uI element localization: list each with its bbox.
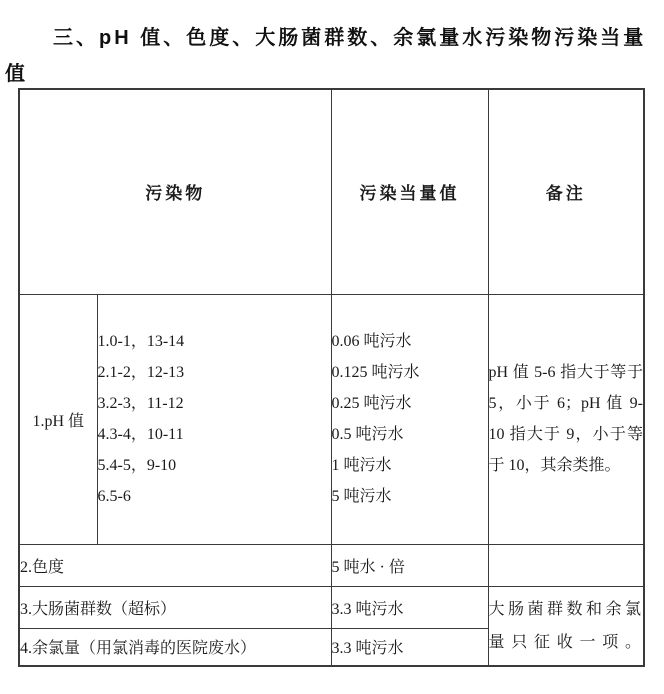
ph-remark-cell: pH 值 5-6 指大于等于 5，小于 6；pH 值 9-10 指大于 9，小于…: [488, 294, 644, 544]
ph-label-cell: 1.pH 值: [19, 294, 97, 544]
table-header-row: 污染物 污染当量值 备注: [19, 89, 644, 294]
table-row-coliform: 3.大肠菌群数（超标） 3.3 吨污水 大肠菌群数和余氯量只征收一项。: [19, 586, 644, 628]
coliform-label-cell: 3.大肠菌群数（超标）: [19, 586, 331, 628]
pollutant-equivalent-table: 污染物 污染当量值 备注 1.pH 值 1.0-1，13-14 2.1-2，12…: [18, 88, 645, 667]
ph-range-line: 2.1-2，12-13: [98, 357, 331, 388]
ph-value-line: 5 吨污水: [332, 481, 488, 512]
ph-value-line: 1 吨污水: [332, 450, 488, 481]
ph-value-line: 0.125 吨污水: [332, 357, 488, 388]
ph-range-line: 4.3-4，10-11: [98, 419, 331, 450]
table-row-chroma: 2.色度 5 吨水 · 倍: [19, 544, 644, 586]
chlorine-value-cell: 3.3 吨污水: [331, 628, 488, 666]
ph-range-line: 1.0-1，13-14: [98, 326, 331, 357]
page-title-line-1: 三、pH 值、色度、大肠菌群数、余氯量水污染物污染当量: [53, 21, 646, 50]
header-cell-pollutant: 污染物: [19, 89, 331, 294]
ph-value-line: 0.06 吨污水: [332, 326, 488, 357]
coliform-chlorine-remark-cell: 大肠菌群数和余氯量只征收一项。: [488, 586, 644, 666]
header-cell-remark: 备注: [488, 89, 644, 294]
ph-range-line: 6.5-6: [98, 481, 331, 512]
chroma-remark-cell: [488, 544, 644, 586]
chlorine-label-cell: 4.余氯量（用氯消毒的医院废水）: [19, 628, 331, 666]
ph-range-line: 3.2-3，11-12: [98, 388, 331, 419]
ph-value-line: 0.25 吨污水: [332, 388, 488, 419]
ph-range-line: 5.4-5，9-10: [98, 450, 331, 481]
chroma-label-cell: 2.色度: [19, 544, 331, 586]
page-title-line-2: 值: [5, 57, 28, 86]
ph-values-cell: 0.06 吨污水 0.125 吨污水 0.25 吨污水 0.5 吨污水 1 吨污…: [331, 294, 488, 544]
ph-value-line: 0.5 吨污水: [332, 419, 488, 450]
coliform-value-cell: 3.3 吨污水: [331, 586, 488, 628]
table-row-ph: 1.pH 值 1.0-1，13-14 2.1-2，12-13 3.2-3，11-…: [19, 294, 644, 544]
header-cell-equivalent: 污染当量值: [331, 89, 488, 294]
ph-ranges-cell: 1.0-1，13-14 2.1-2，12-13 3.2-3，11-12 4.3-…: [97, 294, 331, 544]
chroma-value-cell: 5 吨水 · 倍: [331, 544, 488, 586]
